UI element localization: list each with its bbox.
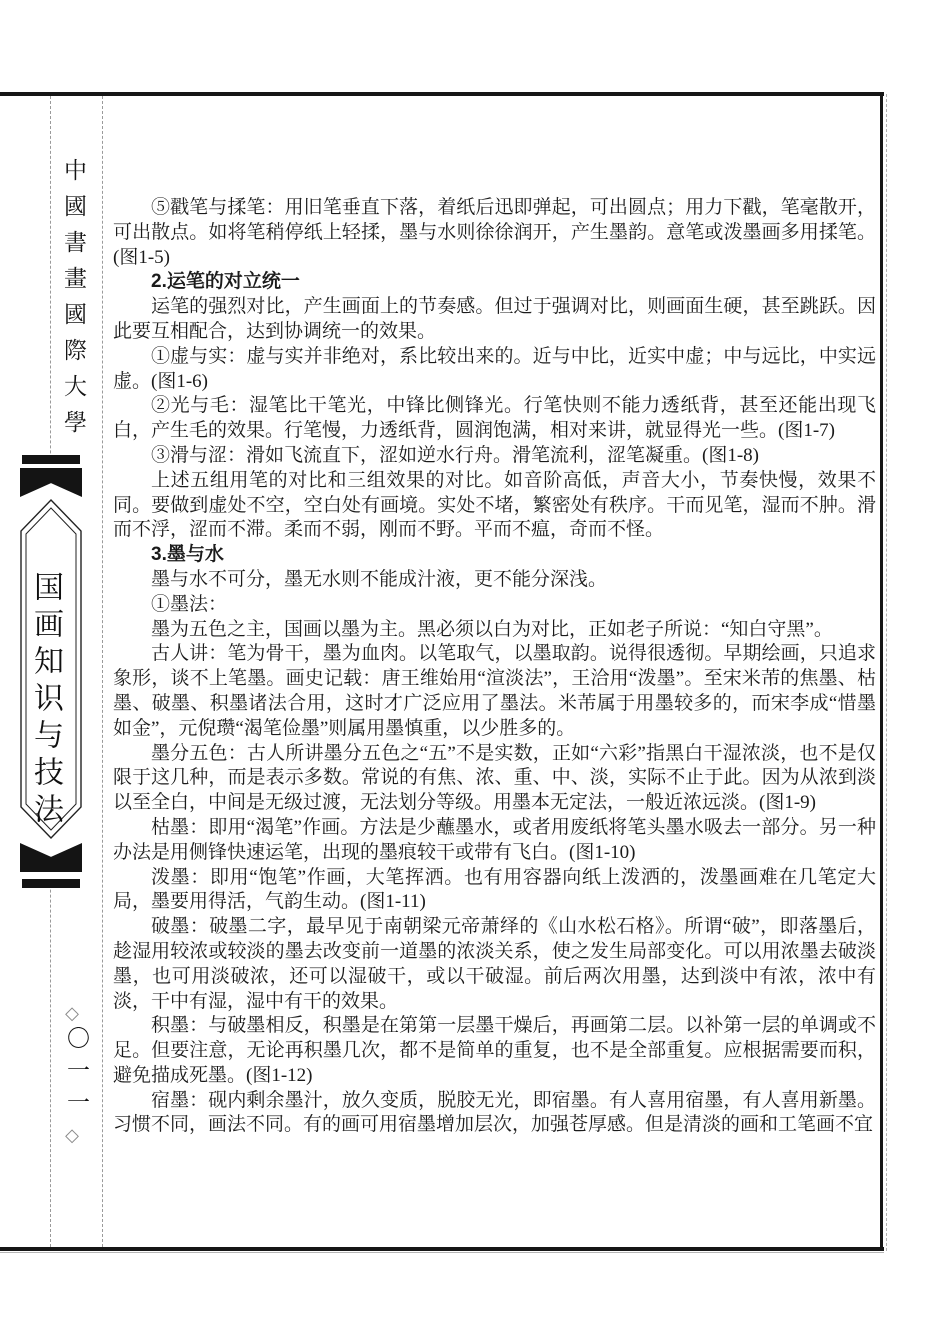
page-number-top-diamond-icon: ◇ [65, 1000, 88, 1026]
sidebar-right-rule [102, 96, 103, 1247]
series-title-vertical: 国画知识与技法 [36, 571, 67, 851]
paragraph-ink-method-label: ①墨法： [113, 593, 876, 618]
paragraph-ink-as-chief-color: 墨为五色之主，国画以墨为主。黑必须以白为对比，正如老子所说：“知白守黑”。 [113, 618, 876, 643]
page-frame-top-border [0, 92, 884, 96]
series-title-emblem: 国画知识与技法 [20, 455, 82, 889]
section-heading-brush-movement: 2.运笔的对立统一 [113, 270, 876, 295]
section-heading-ink-and-water: 3.墨与水 [113, 543, 876, 568]
paragraph-dab-and-rub-brush: ⑤戳笔与揉笔：用旧笔垂直下落，着纸后迅即弹起，可出圆点；用力下戳，笔毫散开，可出… [113, 196, 876, 270]
paragraph-five-contrast-summary: 上述五组用笔的对比和三组效果的对比。如音阶高低，声音大小，节奏快慢，效果不同。要… [113, 469, 876, 543]
paragraph-dry-ink: 枯墨：即用“渴笔”作画。方法是少蘸墨水，或者用废纸将笔头墨水吸去一部分。另一种办… [113, 816, 876, 866]
page-frame-bottom-border [0, 1247, 884, 1251]
page-frame-right-border [880, 92, 883, 1251]
paragraph-broken-ink: 破墨：破墨二字，最早见于南朝梁元帝萧绎的《山水松石格》。所谓“破”，即落墨后，趁… [113, 915, 876, 1014]
main-text-column: ⑤戳笔与揉笔：用旧笔垂直下落，着纸后迅即弹起，可出圆点；用力下戳，笔毫散开，可出… [113, 196, 876, 1138]
page-number-digits: 〇一一 [60, 1026, 93, 1122]
page-frame-bottom-echo-line [0, 1252, 884, 1253]
emblem-top-ribbon [20, 468, 82, 497]
paragraph-splashed-ink: 泼墨：即用“饱笔”作画，大笔挥洒。也有用容器向纸上泼洒的，泼墨画难在几笔定大局，… [113, 866, 876, 916]
paragraph-overnight-ink: 宿墨：砚内剩余墨汁，放久变质，脱胶无光，即宿墨。有人喜用宿墨，有人喜用新墨。习惯… [113, 1089, 876, 1139]
paragraph-smooth-and-fuzzy: ②光与毛：湿笔比干笔光，中锋比侧锋光。行笔快则不能力透纸背，甚至还能出现飞白，产… [113, 394, 876, 444]
paragraph-accumulated-ink: 积墨：与破墨相反，积墨是在第第一层墨干燥后，再画第二层。以补第一层的单调或不足。… [113, 1014, 876, 1088]
university-title-vertical: 中國書畫國際大學 [63, 158, 90, 468]
paragraph-slick-and-astringent: ③滑与涩：滑如飞流直下，涩如逆水行舟。滑笔流利，涩笔凝重。(图1-8) [113, 444, 876, 469]
page-number-bottom-diamond-icon: ◇ [65, 1122, 88, 1148]
paragraph-ancient-ink-history: 古人讲：笔为骨干，墨为血肉。以笔取气，以墨取韵。说得很透彻。早期绘画，只追求象形… [113, 642, 876, 741]
paragraph-brush-contrast: 运笔的强烈对比，产生画面上的节奏感。但过于强调对比，则画面生硬，甚至跳跃。因此要… [113, 295, 876, 345]
page-number: ◇ 〇一一 ◇ [63, 1000, 90, 1170]
emblem-bottom-bar [22, 879, 80, 888]
book-page: { "sidebar": { "university_title": "中國書畫… [0, 0, 950, 1344]
page-frame-right-echo-line [886, 94, 887, 1251]
paragraph-void-and-solid: ①虚与实：虚与实并非绝对，系比较出来的。近与中比，近实中虚；中与远比，中实远虚。… [113, 345, 876, 395]
paragraph-ink-water-inseparable: 墨与水不可分，墨无水则不能成汁液，更不能分深浅。 [113, 568, 876, 593]
emblem-top-bar [22, 455, 80, 464]
paragraph-five-ink-tones: 墨分五色：古人所讲墨分五色之“五”不是实数，正如“六彩”指黑白干湿浓淡，也不是仅… [113, 742, 876, 816]
